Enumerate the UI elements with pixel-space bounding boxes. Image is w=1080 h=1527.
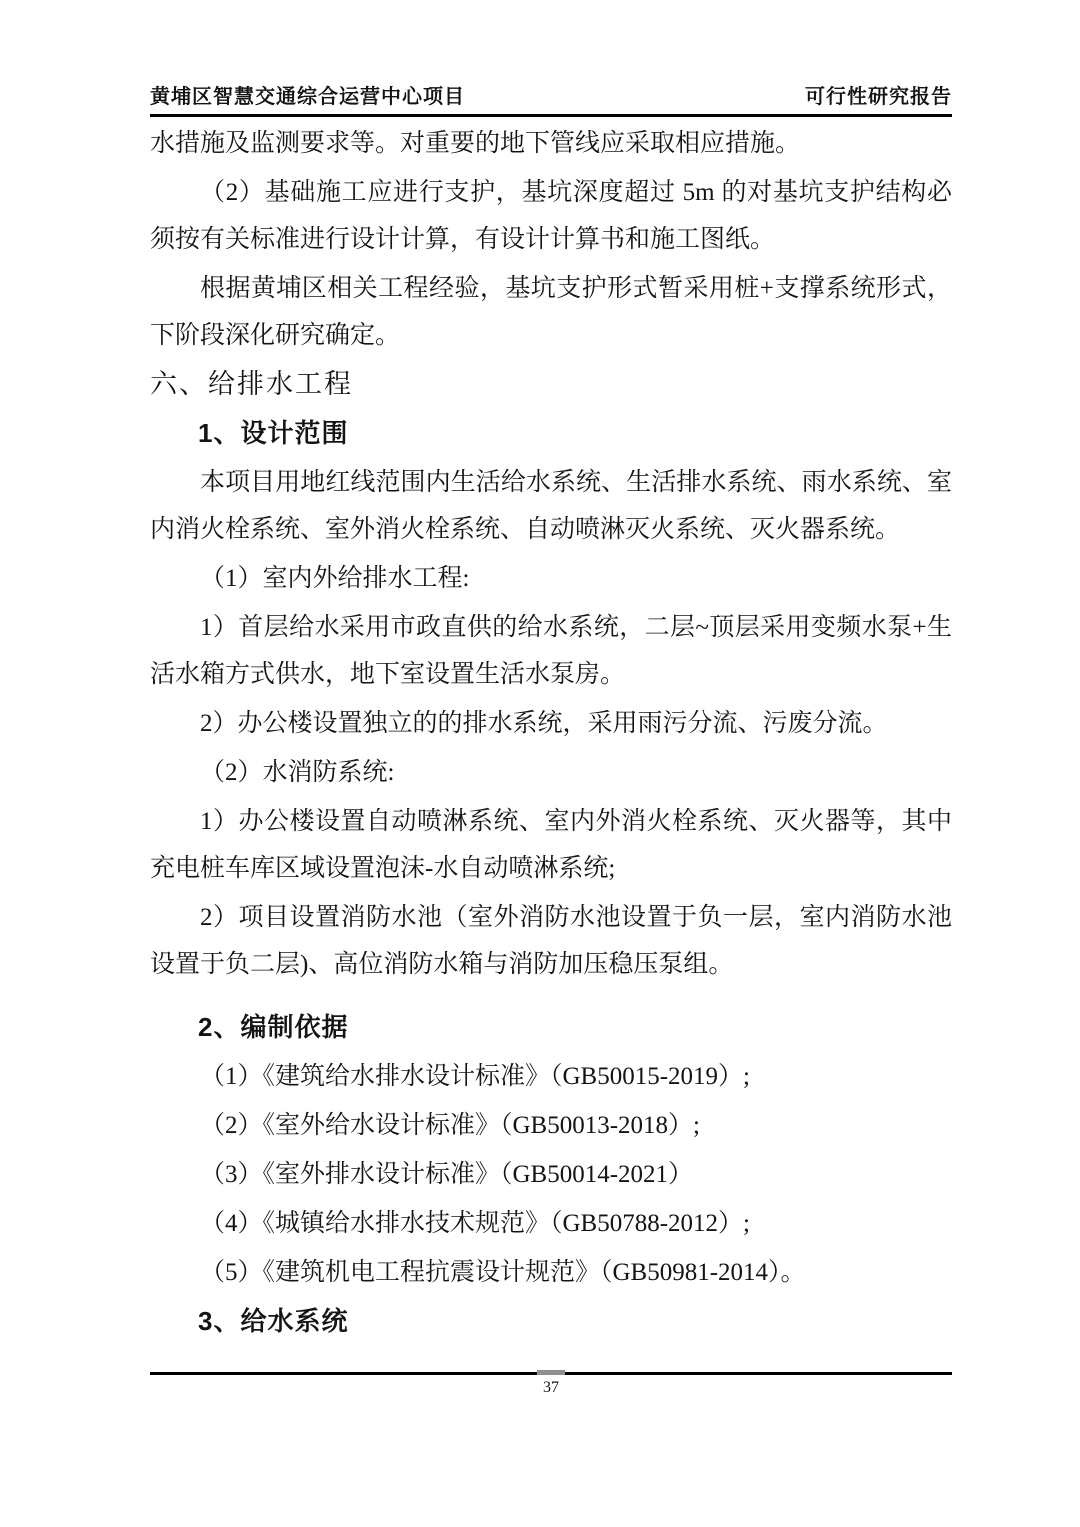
paragraph-huangpu-experience: 根据黄埔区相关工程经验，基坑支护形式暂采用桩+支撑系统形式，下阶段深化研究确定。: [150, 265, 952, 359]
paragraph-office-drainage: 2）办公楼设置独立的的排水系统，采用雨污分流、污废分流。: [150, 700, 952, 747]
page-content: 黄埔区智慧交通综合运营中心项目 可行性研究报告 水措施及监测要求等。对重要的地下…: [150, 85, 952, 1345]
reference-item-3: （3）《室外排水设计标准》（GB50014-2021）: [150, 1151, 952, 1198]
page-number: 37: [543, 1375, 559, 1399]
reference-item-1: （1）《建筑给水排水设计标准》（GB50015-2019）;: [150, 1053, 952, 1100]
reference-item-2: （2）《室外给水设计标准》（GB50013-2018）;: [150, 1102, 952, 1149]
header-project-title: 黄埔区智慧交通综合运营中心项目: [150, 85, 465, 109]
section-heading-drainage-engineering: 六、给排水工程: [150, 361, 952, 408]
subsection-heading-water-supply-system: 3、给水系统: [150, 1298, 952, 1345]
subsection-heading-design-scope: 1、设计范围: [150, 410, 952, 457]
subsection-heading-compilation-basis: 2、编制依据: [150, 1004, 952, 1051]
footer-tick-mark: [537, 1370, 565, 1375]
reference-item-4: （4）《城镇给水排水技术规范》（GB50788-2012）;: [150, 1200, 952, 1247]
reference-item-5: （5）《建筑机电工程抗震设计规范》（GB50981-2014）。: [150, 1249, 952, 1296]
page-footer: 37: [150, 1372, 952, 1399]
paragraph-fire-water-system-label: （2）水消防系统:: [150, 749, 952, 796]
body-continuation-paragraph: 水措施及监测要求等。对重要的地下管线应采取相应措施。: [150, 120, 952, 167]
paragraph-foundation-support: （2）基础施工应进行支护，基坑深度超过 5m 的对基坑支护结构必须按有关标准进行…: [150, 169, 952, 263]
header-report-type: 可行性研究报告: [805, 85, 952, 109]
document-body: 水措施及监测要求等。对重要的地下管线应采取相应措施。 （2）基础施工应进行支护，…: [150, 117, 952, 1345]
document-page: 黄埔区智慧交通综合运营中心项目 可行性研究报告 水措施及监测要求等。对重要的地下…: [0, 0, 1080, 1527]
paragraph-design-scope-systems: 本项目用地红线范围内生活给水系统、生活排水系统、雨水系统、室内消火栓系统、室外消…: [150, 459, 952, 553]
page-header: 黄埔区智慧交通综合运营中心项目 可行性研究报告: [150, 85, 952, 117]
paragraph-indoor-outdoor-drainage-label: （1）室内外给排水工程:: [150, 555, 952, 602]
paragraph-sprinkler-systems: 1）办公楼设置自动喷淋系统、室内外消火栓系统、灭火器等，其中充电桩车库区域设置泡…: [150, 798, 952, 892]
paragraph-fire-pool: 2）项目设置消防水池（室外消防水池设置于负一层，室内消防水池设置于负二层)、高位…: [150, 894, 952, 988]
paragraph-water-supply-method: 1）首层给水采用市政直供的给水系统，二层~顶层采用变频水泵+生活水箱方式供水，地…: [150, 604, 952, 698]
